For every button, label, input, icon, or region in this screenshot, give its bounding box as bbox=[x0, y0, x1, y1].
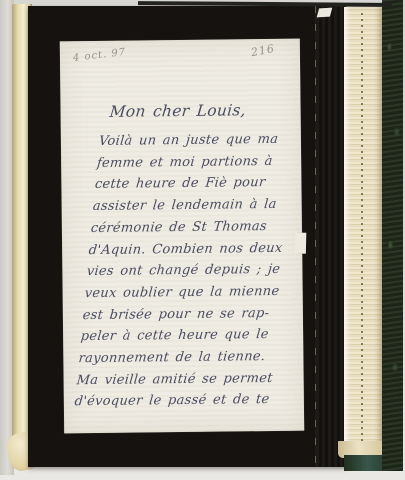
letter-line: d'évoquer le passé et de te bbox=[73, 389, 281, 413]
letter-line: peler à cette heure que le bbox=[80, 324, 288, 348]
fore-edge-dotted-line bbox=[361, 13, 363, 445]
letter-line: cérémonie de St Thomas bbox=[90, 215, 298, 239]
letter-line: Ma vieille amitié se permet bbox=[76, 368, 284, 392]
letter-line: femme et moi partions à bbox=[96, 150, 304, 174]
letter-line: cette heure de Fiè pour bbox=[94, 172, 302, 196]
scan-background: 4 oct. 97 216 Mon cher Louis, Voilà un a… bbox=[0, 0, 405, 480]
letter-handwriting: Mon cher Louis, Voilà un an juste que ma… bbox=[44, 38, 321, 433]
letter-line: d'Aquin. Combien nos deux bbox=[88, 237, 296, 261]
book-fore-edge-pages bbox=[344, 7, 383, 457]
letter-line: vies ont changé depuis ; je bbox=[86, 259, 294, 283]
book-cover bbox=[382, 0, 403, 471]
letter-line: rayonnement de la tienne. bbox=[78, 346, 286, 370]
paper-tear-speck bbox=[317, 8, 333, 18]
letter-salutation: Mon cher Louis, bbox=[109, 101, 247, 121]
mat-second-page-edge bbox=[316, 6, 346, 467]
letter-line: est brisée pour ne se rap- bbox=[82, 302, 290, 326]
letter-line: veux oublier que la mienne bbox=[84, 281, 292, 305]
letter-paper: 4 oct. 97 216 Mon cher Louis, Voilà un a… bbox=[60, 39, 304, 434]
letter-body: Voilà un an juste que ma femme et moi pa… bbox=[73, 129, 305, 414]
letter-line: Voilà un an juste que ma bbox=[98, 129, 306, 153]
letter-line: assister le lendemain à la bbox=[92, 194, 300, 218]
